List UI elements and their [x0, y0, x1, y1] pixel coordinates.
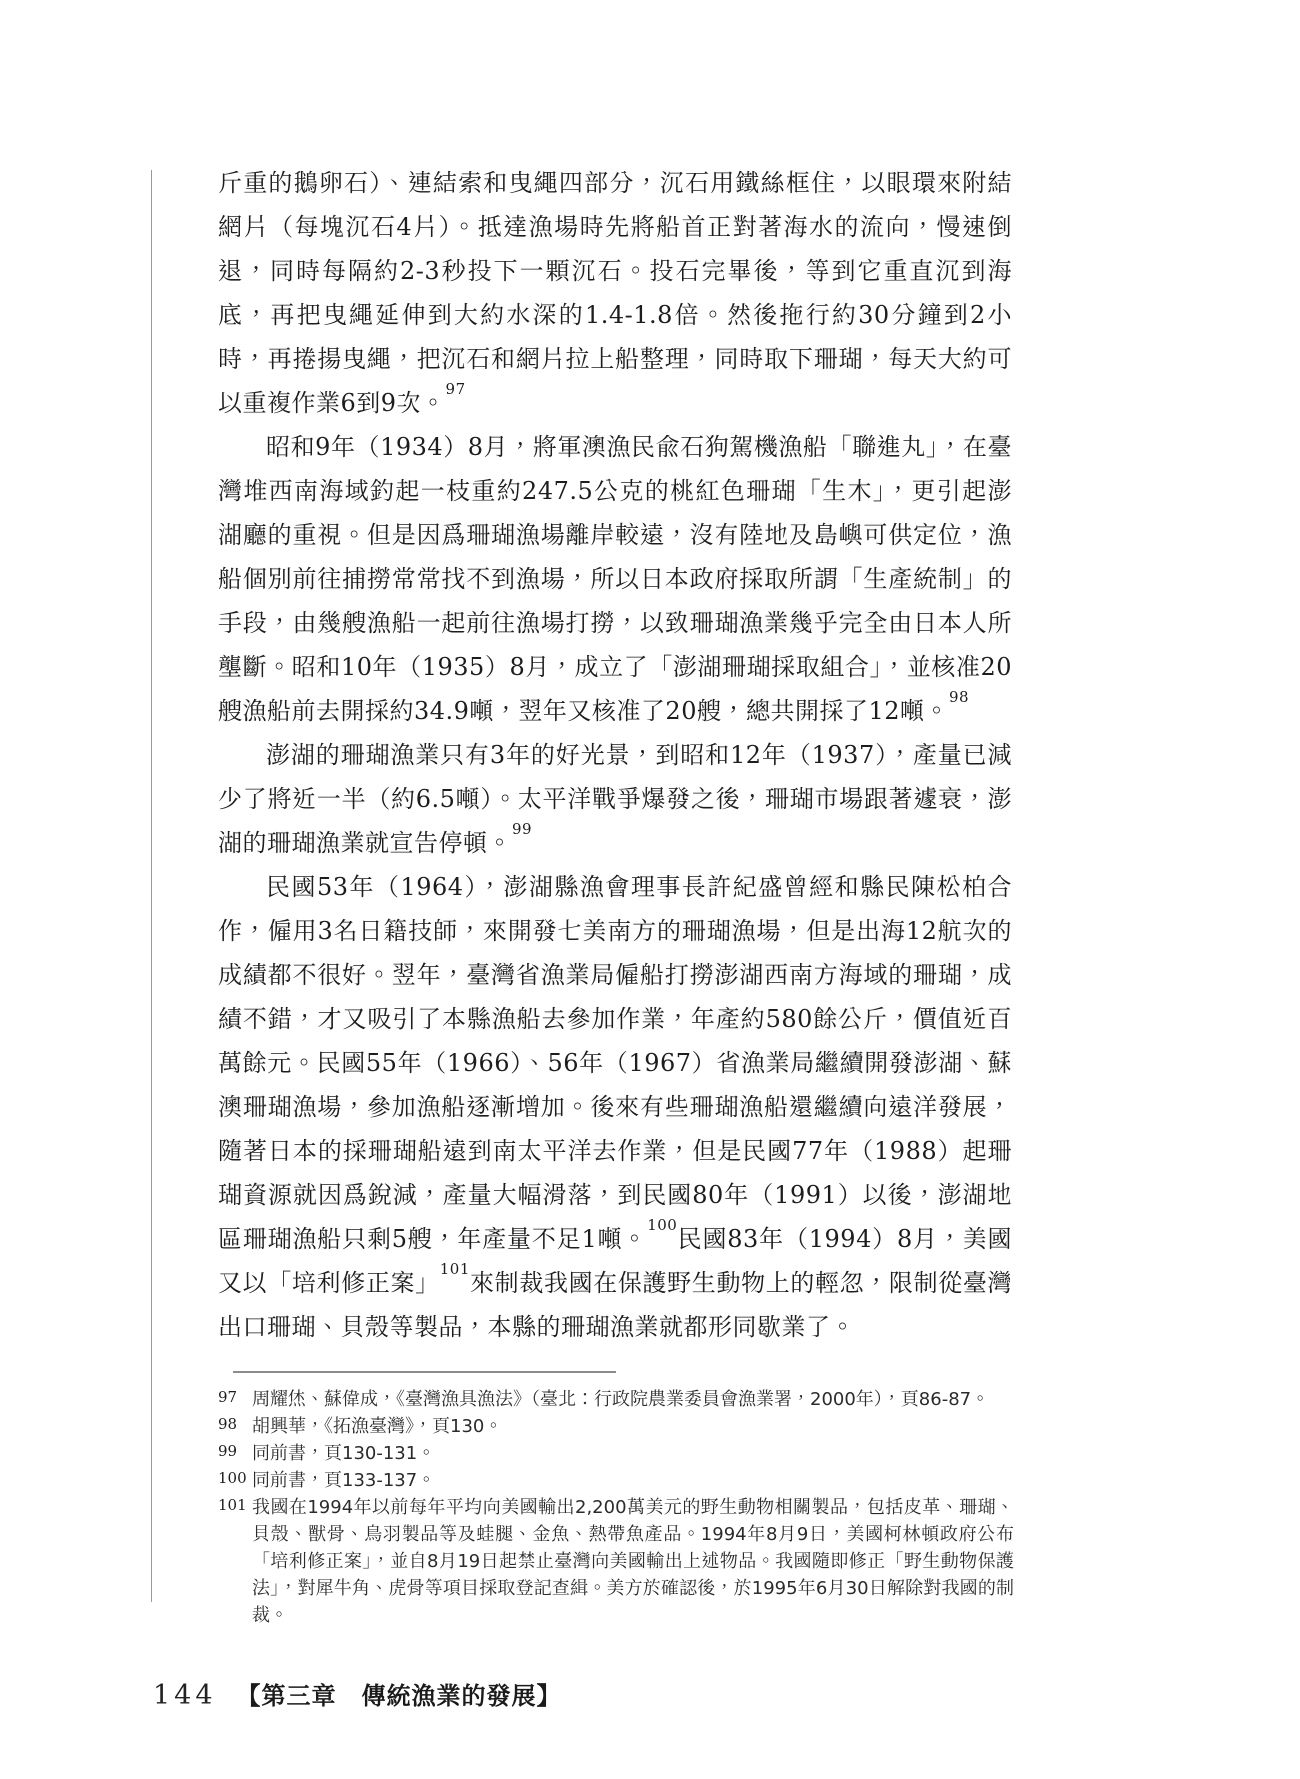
paragraph-4: 民國53年（1964），澎湖縣漁會理事長許紀盛曾經和縣民陳松柏合作，僱用3名日籍…	[218, 865, 1012, 1349]
footnote-99-text: 同前書，頁130-131。	[252, 1443, 435, 1464]
chapter-title: 【第三章 傳統漁業的發展】	[237, 1676, 562, 1711]
body-text: 斤重的鵝卵石）、連結索和曳繩四部分，沉石用鐵絲框住，以眼環來附結網片（每塊沉石4…	[218, 161, 1012, 1349]
paragraph-1-text: 斤重的鵝卵石）、連結索和曳繩四部分，沉石用鐵絲框住，以眼環來附結網片（每塊沉石4…	[218, 169, 1012, 417]
footnote-99-number: 99	[218, 1438, 237, 1465]
footnote-separator-rule	[233, 1371, 616, 1373]
book-page: 斤重的鵝卵石）、連結索和曳繩四部分，沉石用鐵絲框住，以眼環來附結網片（每塊沉石4…	[0, 0, 1300, 1779]
paragraph-3-text: 澎湖的珊瑚漁業只有3年的好光景，到昭和12年（1937），產量已減少了將近一半（…	[218, 741, 1012, 857]
left-margin-rule	[151, 170, 152, 1602]
footnote-97: 97周耀烋、蘇偉成，《臺灣漁具漁法》（臺北：行政院農業委員會漁業署，2000年）…	[218, 1386, 1014, 1413]
page-footer: 144 【第三章 傳統漁業的發展】	[153, 1676, 562, 1711]
paragraph-1: 斤重的鵝卵石）、連結索和曳繩四部分，沉石用鐵絲框住，以眼環來附結網片（每塊沉石4…	[218, 161, 1012, 425]
footnote-101: 101我國在1994年以前每年平均向美國輸出2,200萬美元的野生動物相關製品，…	[218, 1494, 1014, 1629]
footnote-99: 99同前書，頁130-131。	[218, 1440, 1014, 1467]
paragraph-2-text: 昭和9年（1934）8月，將軍澳漁民兪石狗駕機漁船「聯進丸」，在臺灣堆西南海域釣…	[218, 433, 1012, 725]
footnote-ref-97: 97	[446, 380, 466, 398]
paragraph-3: 澎湖的珊瑚漁業只有3年的好光景，到昭和12年（1937），產量已減少了將近一半（…	[218, 733, 1012, 865]
footnote-ref-100: 100	[647, 1216, 677, 1234]
paragraph-4-text-part1: 民國53年（1964），澎湖縣漁會理事長許紀盛曾經和縣民陳松柏合作，僱用3名日籍…	[218, 873, 1012, 1253]
footnote-ref-98: 98	[949, 688, 969, 706]
footnote-98-number: 98	[218, 1411, 237, 1438]
footnote-97-text: 周耀烋、蘇偉成，《臺灣漁具漁法》（臺北：行政院農業委員會漁業署，2000年），頁…	[252, 1389, 989, 1410]
footnote-97-number: 97	[218, 1384, 237, 1411]
footnote-ref-101: 101	[440, 1260, 470, 1278]
footnote-ref-99: 99	[512, 820, 532, 838]
page-number: 144	[153, 1680, 217, 1711]
footnote-98: 98胡興華，《拓漁臺灣》，頁130。	[218, 1413, 1014, 1440]
footnote-100: 100同前書，頁133-137。	[218, 1467, 1014, 1494]
footnote-98-text: 胡興華，《拓漁臺灣》，頁130。	[252, 1416, 502, 1437]
footnote-101-number: 101	[218, 1492, 247, 1519]
paragraph-2: 昭和9年（1934）8月，將軍澳漁民兪石狗駕機漁船「聯進丸」，在臺灣堆西南海域釣…	[218, 425, 1012, 733]
footnote-100-number: 100	[218, 1465, 247, 1492]
footnote-100-text: 同前書，頁133-137。	[252, 1470, 435, 1491]
footnote-101-text: 我國在1994年以前每年平均向美國輸出2,200萬美元的野生動物相關製品，包括皮…	[252, 1497, 1014, 1626]
footnotes-section: 97周耀烋、蘇偉成，《臺灣漁具漁法》（臺北：行政院農業委員會漁業署，2000年）…	[218, 1386, 1014, 1629]
